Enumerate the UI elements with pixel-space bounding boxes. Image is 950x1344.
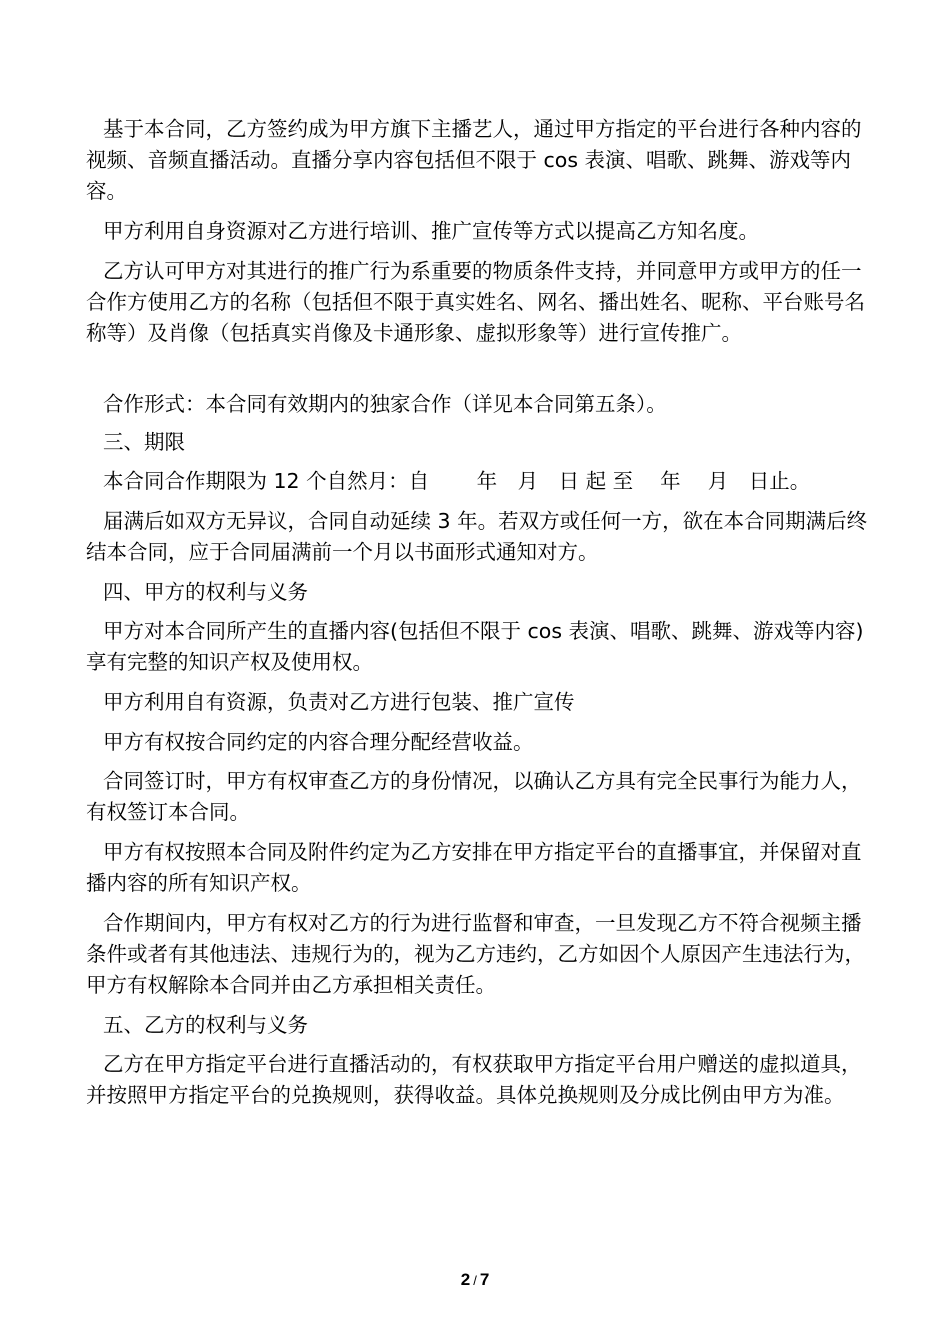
paragraph-identity-check: 合同签订时，甲方有权审查乙方的身份情况，以确认乙方具有完全民事行为能力人，有权签… [86, 766, 876, 828]
section-heading-term: 三、期限 [86, 427, 876, 458]
paragraph-training: 甲方利用自身资源对乙方进行培训、推广宣传等方式以提高乙方知名度。 [86, 216, 876, 247]
paragraph-cooperation-form: 合作形式：本合同有效期内的独家合作（详见本合同第五条）。 [86, 389, 876, 420]
current-page: 2 [461, 1270, 470, 1289]
page-number: 2/7 [0, 1270, 950, 1290]
paragraph-promotion-consent: 乙方认可甲方对其进行的推广行为系重要的物质条件支持，并同意甲方或甲方的任一合作方… [86, 256, 876, 349]
paragraph-packaging: 甲方利用自有资源，负责对乙方进行包装、推广宣传 [86, 687, 876, 718]
paragraph-revenue: 甲方有权按合同约定的内容合理分配经营收益。 [86, 727, 876, 758]
section-heading-party-b-rights: 五、乙方的权利与义务 [86, 1010, 876, 1041]
document-page: 基于本合同，乙方签约成为甲方旗下主播艺人，通过甲方指定的平台进行各种内容的视频、… [0, 0, 950, 1344]
paragraph-ip-rights: 甲方对本合同所产生的直播内容(包括但不限于 cos 表演、唱歌、跳舞、游戏等内容… [86, 616, 876, 678]
paragraph-virtual-gifts: 乙方在甲方指定平台进行直播活动的，有权获取甲方指定平台用户赠送的虚拟道具，并按照… [86, 1049, 876, 1111]
section-heading-party-a-rights: 四、甲方的权利与义务 [86, 577, 876, 608]
paragraph-scheduling: 甲方有权按照本合同及附件约定为乙方安排在甲方指定平台的直播事宜，并保留对直播内容… [86, 837, 876, 899]
paragraph-term-period: 本合同合作期限为 12 个自然月：自 年 月 日 起 至 年 月 日止。 [86, 466, 876, 497]
page-separator: / [473, 1273, 477, 1288]
paragraph-renewal: 届满后如双方无异议，合同自动延续 3 年。若双方或任何一方，欲在本合同期满后终结… [86, 506, 876, 568]
paragraph-supervision: 合作期间内，甲方有权对乙方的行为进行监督和审查，一旦发现乙方不符合视频主播条件或… [86, 908, 876, 1001]
total-pages: 7 [480, 1270, 489, 1289]
paragraph-live-content: 基于本合同，乙方签约成为甲方旗下主播艺人，通过甲方指定的平台进行各种内容的视频、… [86, 114, 876, 207]
